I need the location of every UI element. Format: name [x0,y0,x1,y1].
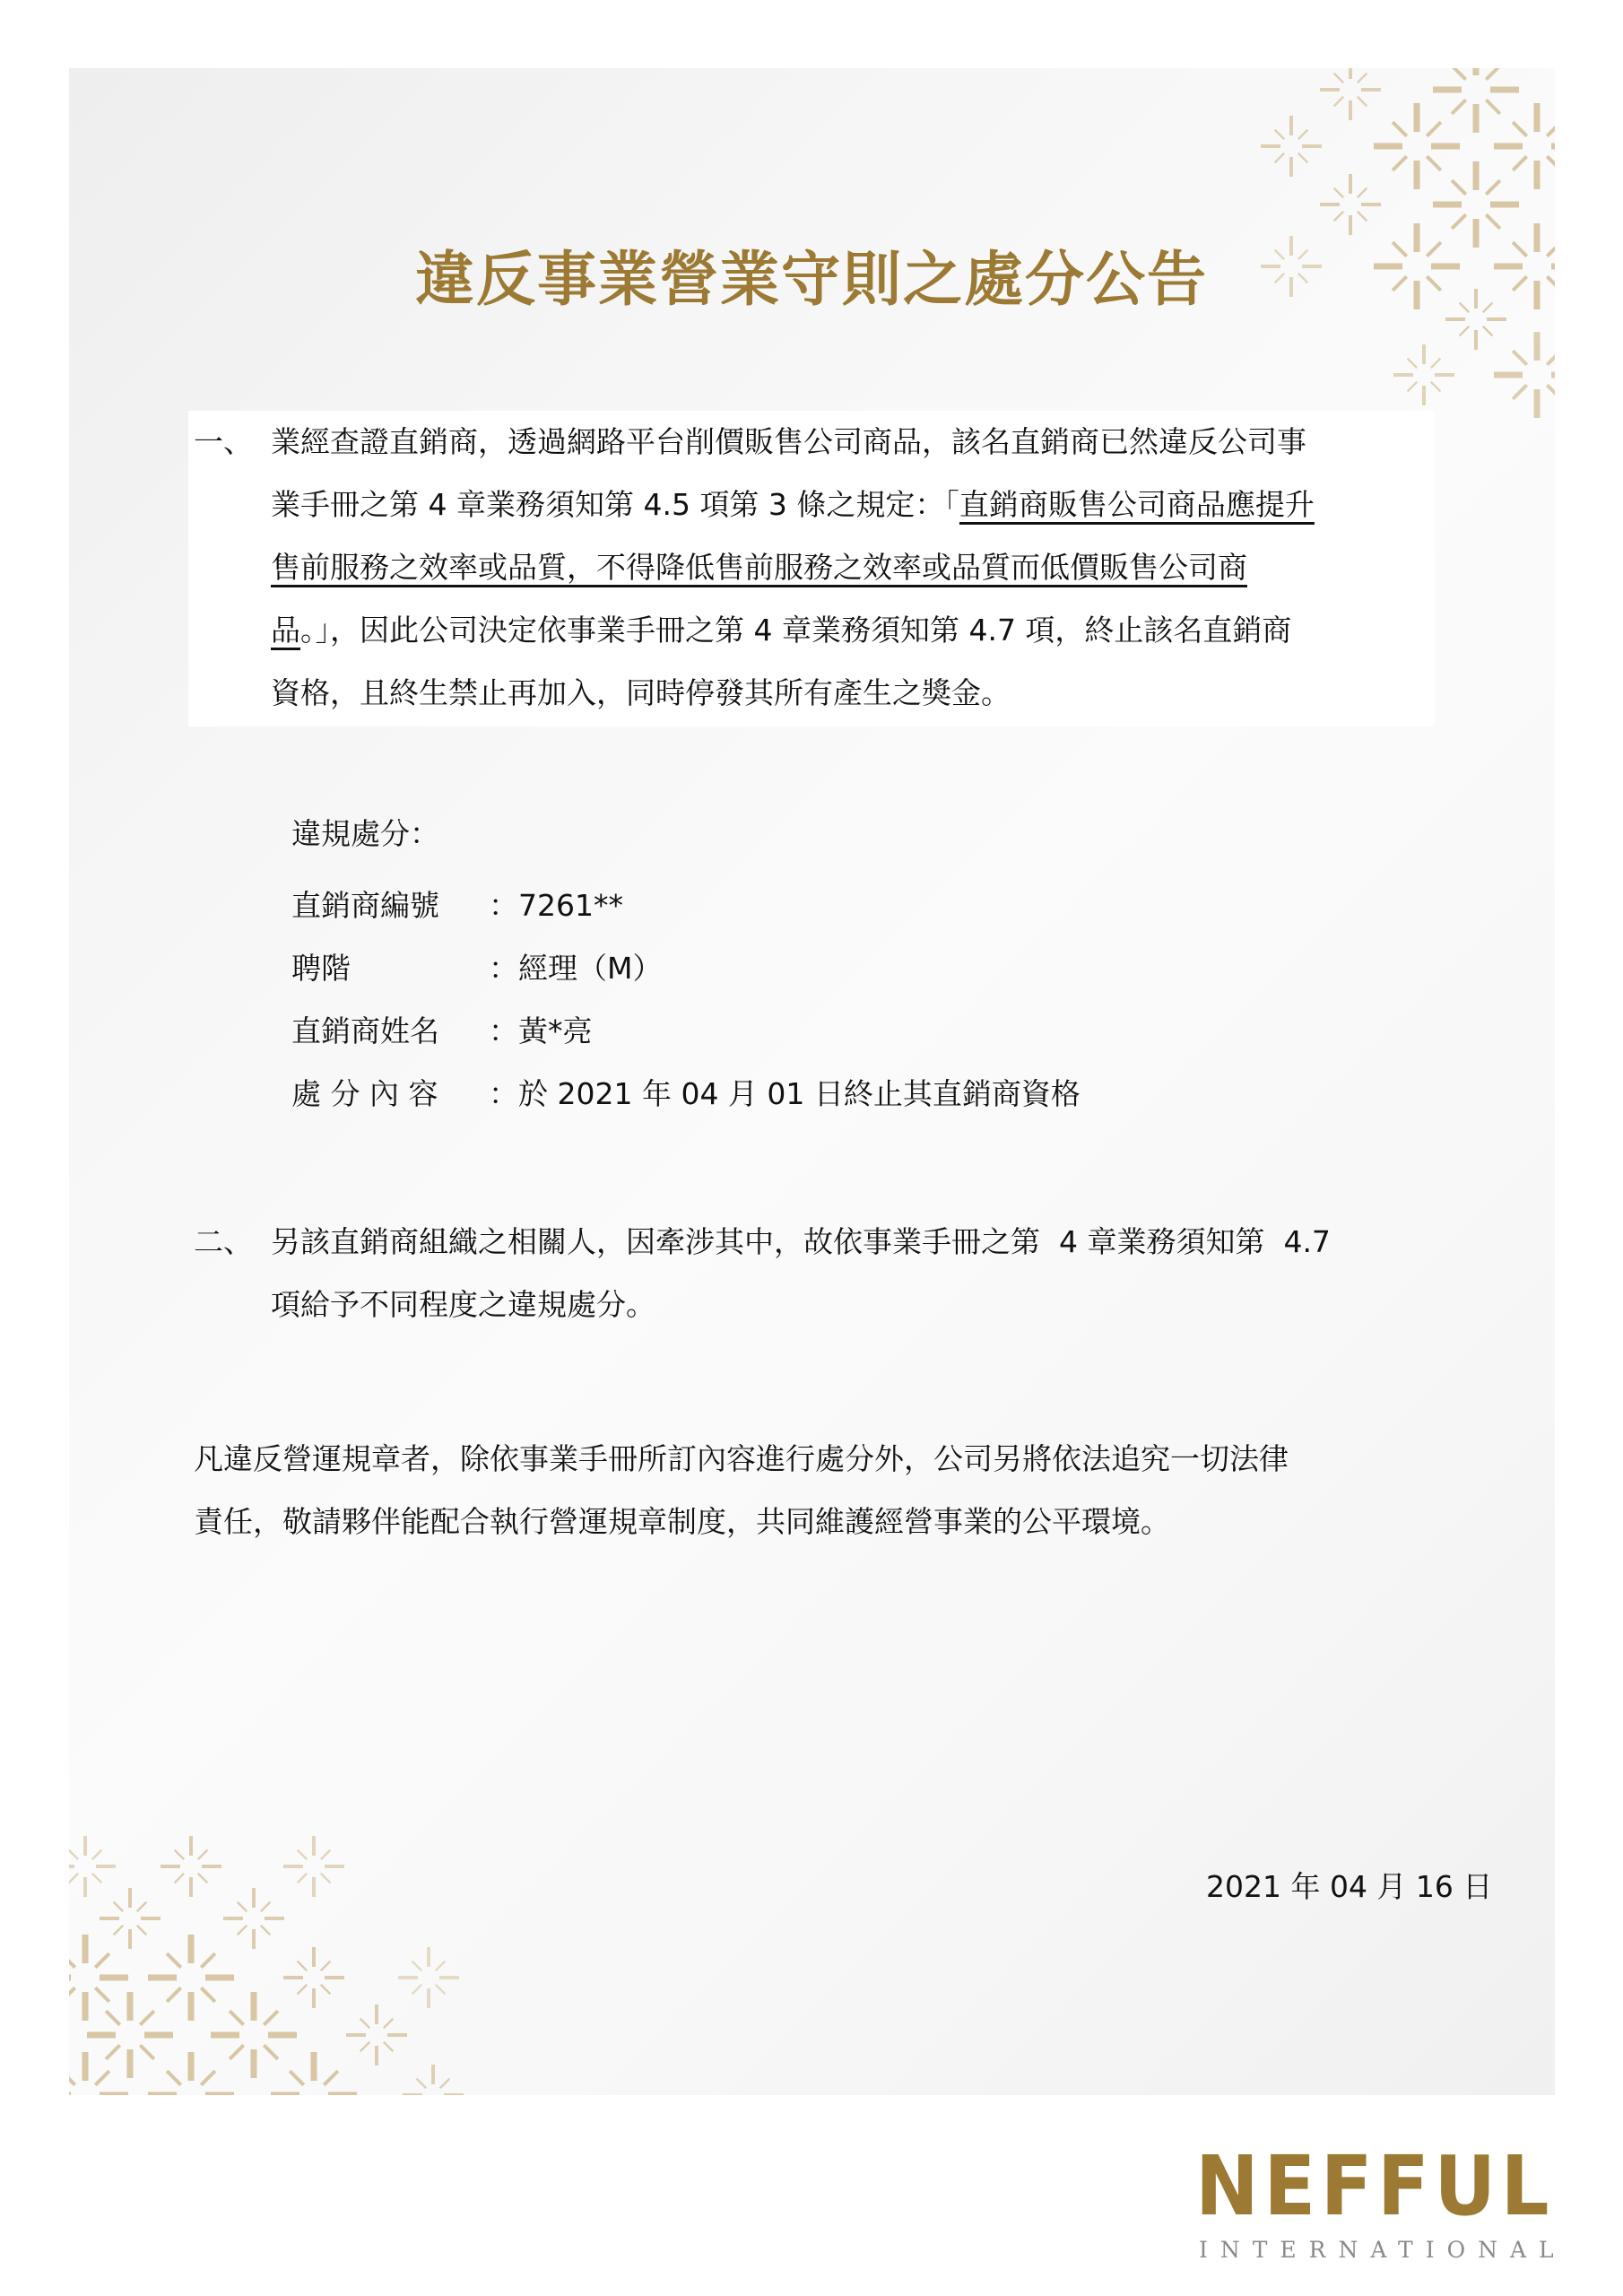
quoted-rule-start: 直銷商販售公司商品應提升 [959,487,1315,522]
logo-brand-text: NEFFUL [1195,2145,1525,2228]
penalty-label: 聘階 [291,937,489,1000]
penalty-heading: 違規處分： [291,812,1081,874]
closing-statement: 凡違反營運規章者，除依事業手冊所訂內容進行處分外，公司另將依法追究一切法律 責任… [194,1428,1289,1553]
section-1-line-4: 品。」，因此公司決定依事業手冊之第 4 章業務須知第 4.7 項，終止該名直銷商 [271,599,1315,662]
penalty-row-rank: 聘階 ：經理（M） [291,937,1081,1000]
section-1-line-5: 資格，且終生禁止再加入，同時停發其所有產生之獎金。 [271,662,1315,725]
section-1-line-2-text: 業手冊之第 4 章業務須知第 4.5 項第 3 條之規定：「 [271,487,959,522]
penalty-value: ：7261** [489,874,623,937]
penalty-label: 處 分 內 容 [291,1063,489,1126]
section-2-line-1: 另該直銷商組織之相關人，因牽涉其中，故依事業手冊之第 4 章業務須知第 4.7 [271,1211,1331,1274]
logo-subtitle: INTERNATIONAL [1199,2237,1554,2263]
closing-line-1: 凡違反營運規章者，除依事業手冊所訂內容進行處分外，公司另將依法追究一切法律 [194,1428,1289,1491]
section-1-line-4-text: 。」，因此公司決定依事業手冊之第 4 章業務須知第 4.7 項，終止該名直銷商 [300,613,1291,648]
company-logo: NEFFUL INTERNATIONAL [1195,2145,1554,2263]
penalty-row-distributor-name: 直銷商姓名 ：黃*亮 [291,1000,1081,1063]
section-1-line-1: 業經查證直銷商，透過網路平台削價販售公司商品，該名直銷商已然違反公司事 [271,411,1315,474]
penalty-value: ：黃*亮 [489,1000,593,1063]
section-2-number: 二、 [194,1211,253,1274]
penalty-row-action: 處 分 內 容 ：於 2021 年 04 月 01 日終止其直銷商資格 [291,1063,1081,1126]
quoted-rule-end: 品 [271,613,300,648]
section-2: 二、 另該直銷商組織之相關人，因牽涉其中，故依事業手冊之第 4 章業務須知第 4… [194,1211,1331,1336]
section-1-line-2: 業手冊之第 4 章業務須知第 4.5 項第 3 條之規定：「直銷商販售公司商品應… [271,474,1315,536]
penalty-label: 直銷商編號 [291,874,489,937]
section-1-line-3-quoted-rule: 售前服務之效率或品質，不得降低售前服務之效率或品質而低價販售公司商 [271,536,1315,599]
penalty-value: ：經理（M） [489,937,662,1000]
announcement-date: 2021 年 04 月 16 日 [1206,1864,1492,1906]
penalty-value: ：於 2021 年 04 月 01 日終止其直銷商資格 [489,1063,1081,1126]
section-2-line-2: 項給予不同程度之違規處分。 [271,1274,1331,1336]
penalty-details: 違規處分： 直銷商編號 ：7261** 聘階 ：經理（M） 直銷商姓名 ：黃*亮… [291,812,1081,1126]
section-1-number: 一、 [194,411,253,474]
closing-line-2: 責任，敬請夥伴能配合執行營運規章制度，共同維護經營事業的公平環境。 [194,1491,1289,1553]
page-title: 違反事業營業守則之處分公告 [0,231,1623,317]
penalty-label: 直銷商姓名 [291,1000,489,1063]
section-1: 一、 業經查證直銷商，透過網路平台削價販售公司商品，該名直銷商已然違反公司事 業… [194,411,1315,725]
penalty-row-distributor-id: 直銷商編號 ：7261** [291,874,1081,937]
